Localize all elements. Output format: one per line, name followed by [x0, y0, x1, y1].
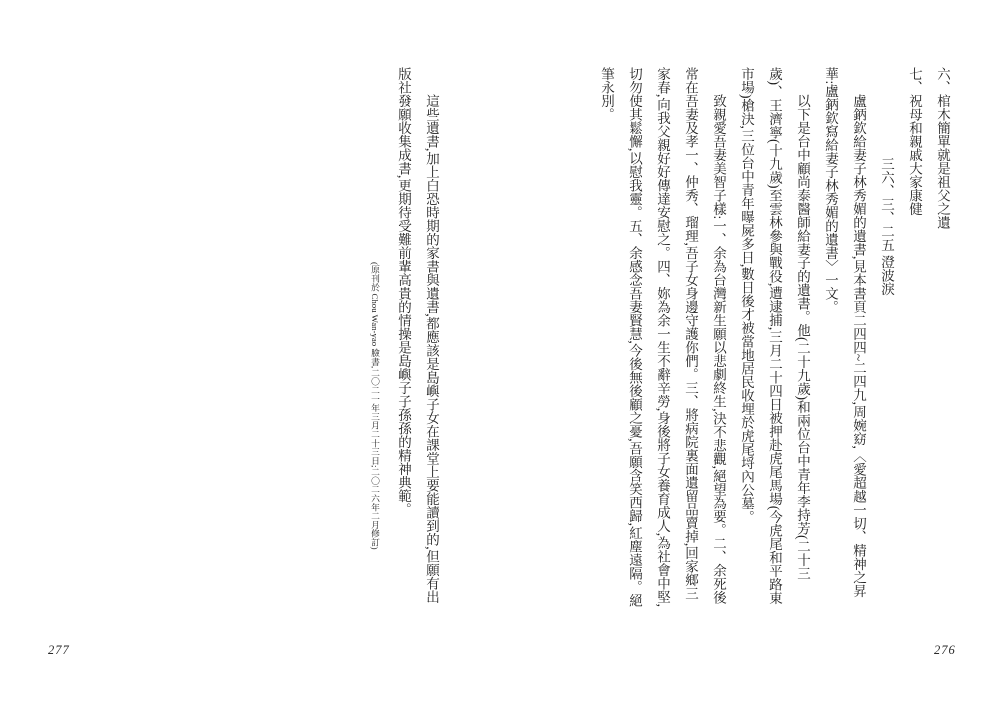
left-page: 這些遺書,加上白恐時期的家書與遺書,都應該是島嶼子女在課堂上要能讀到的,但願有出… — [0, 0, 500, 710]
letter-paragraph: 致親愛吾妻美智子樣:一、余為台灣新生願以悲劇終生,決不悲觀,絕望為要。二、余死後… — [592, 67, 732, 610]
list-item-seven: 七、祝母和親戚大家康健 — [900, 67, 928, 610]
signature-line: 三六、三、二五 澄波淚 — [872, 67, 900, 610]
right-page: 六、棺木簡單就是祖父之遺 七、祝母和親戚大家康健 三六、三、二五 澄波淚 盧鈵欽… — [500, 0, 1000, 710]
list-item-six: 六、棺木簡單就是祖父之遺 — [928, 67, 956, 610]
closing-paragraph: 這些遺書,加上白恐時期的家書與遺書,都應該是島嶼子女在課堂上要能讀到的,但願有出… — [389, 67, 445, 610]
right-page-text-block: 六、棺木簡單就是祖父之遺 七、祝母和親戚大家康健 三六、三、二五 澄波淚 盧鈵欽… — [592, 67, 956, 610]
attribution-line: (原刊於 Chou Wan-yao 臉書,二〇二一年三月二十三日;二〇二六年二月… — [361, 67, 389, 610]
book-spread: 這些遺書,加上白恐時期的家書與遺書,都應該是島嶼子女在課堂上要能讀到的,但願有出… — [0, 0, 1000, 710]
page-number-left: 277 — [48, 643, 70, 658]
note-paragraph: 盧鈵欽給妻子林秀媚的遺書,見本書頁二四四~二四九,周婉窈,〈愛超越一切、精神之昇… — [816, 67, 872, 610]
page-number-right: 276 — [934, 643, 956, 658]
intro-paragraph: 以下是台中顧尚泰醫師給妻子的遺書。他(二十九歲)和兩位台中青年李持芳(二十三歲)… — [732, 67, 816, 610]
left-page-text-block: 這些遺書,加上白恐時期的家書與遺書,都應該是島嶼子女在課堂上要能讀到的,但願有出… — [361, 67, 445, 610]
